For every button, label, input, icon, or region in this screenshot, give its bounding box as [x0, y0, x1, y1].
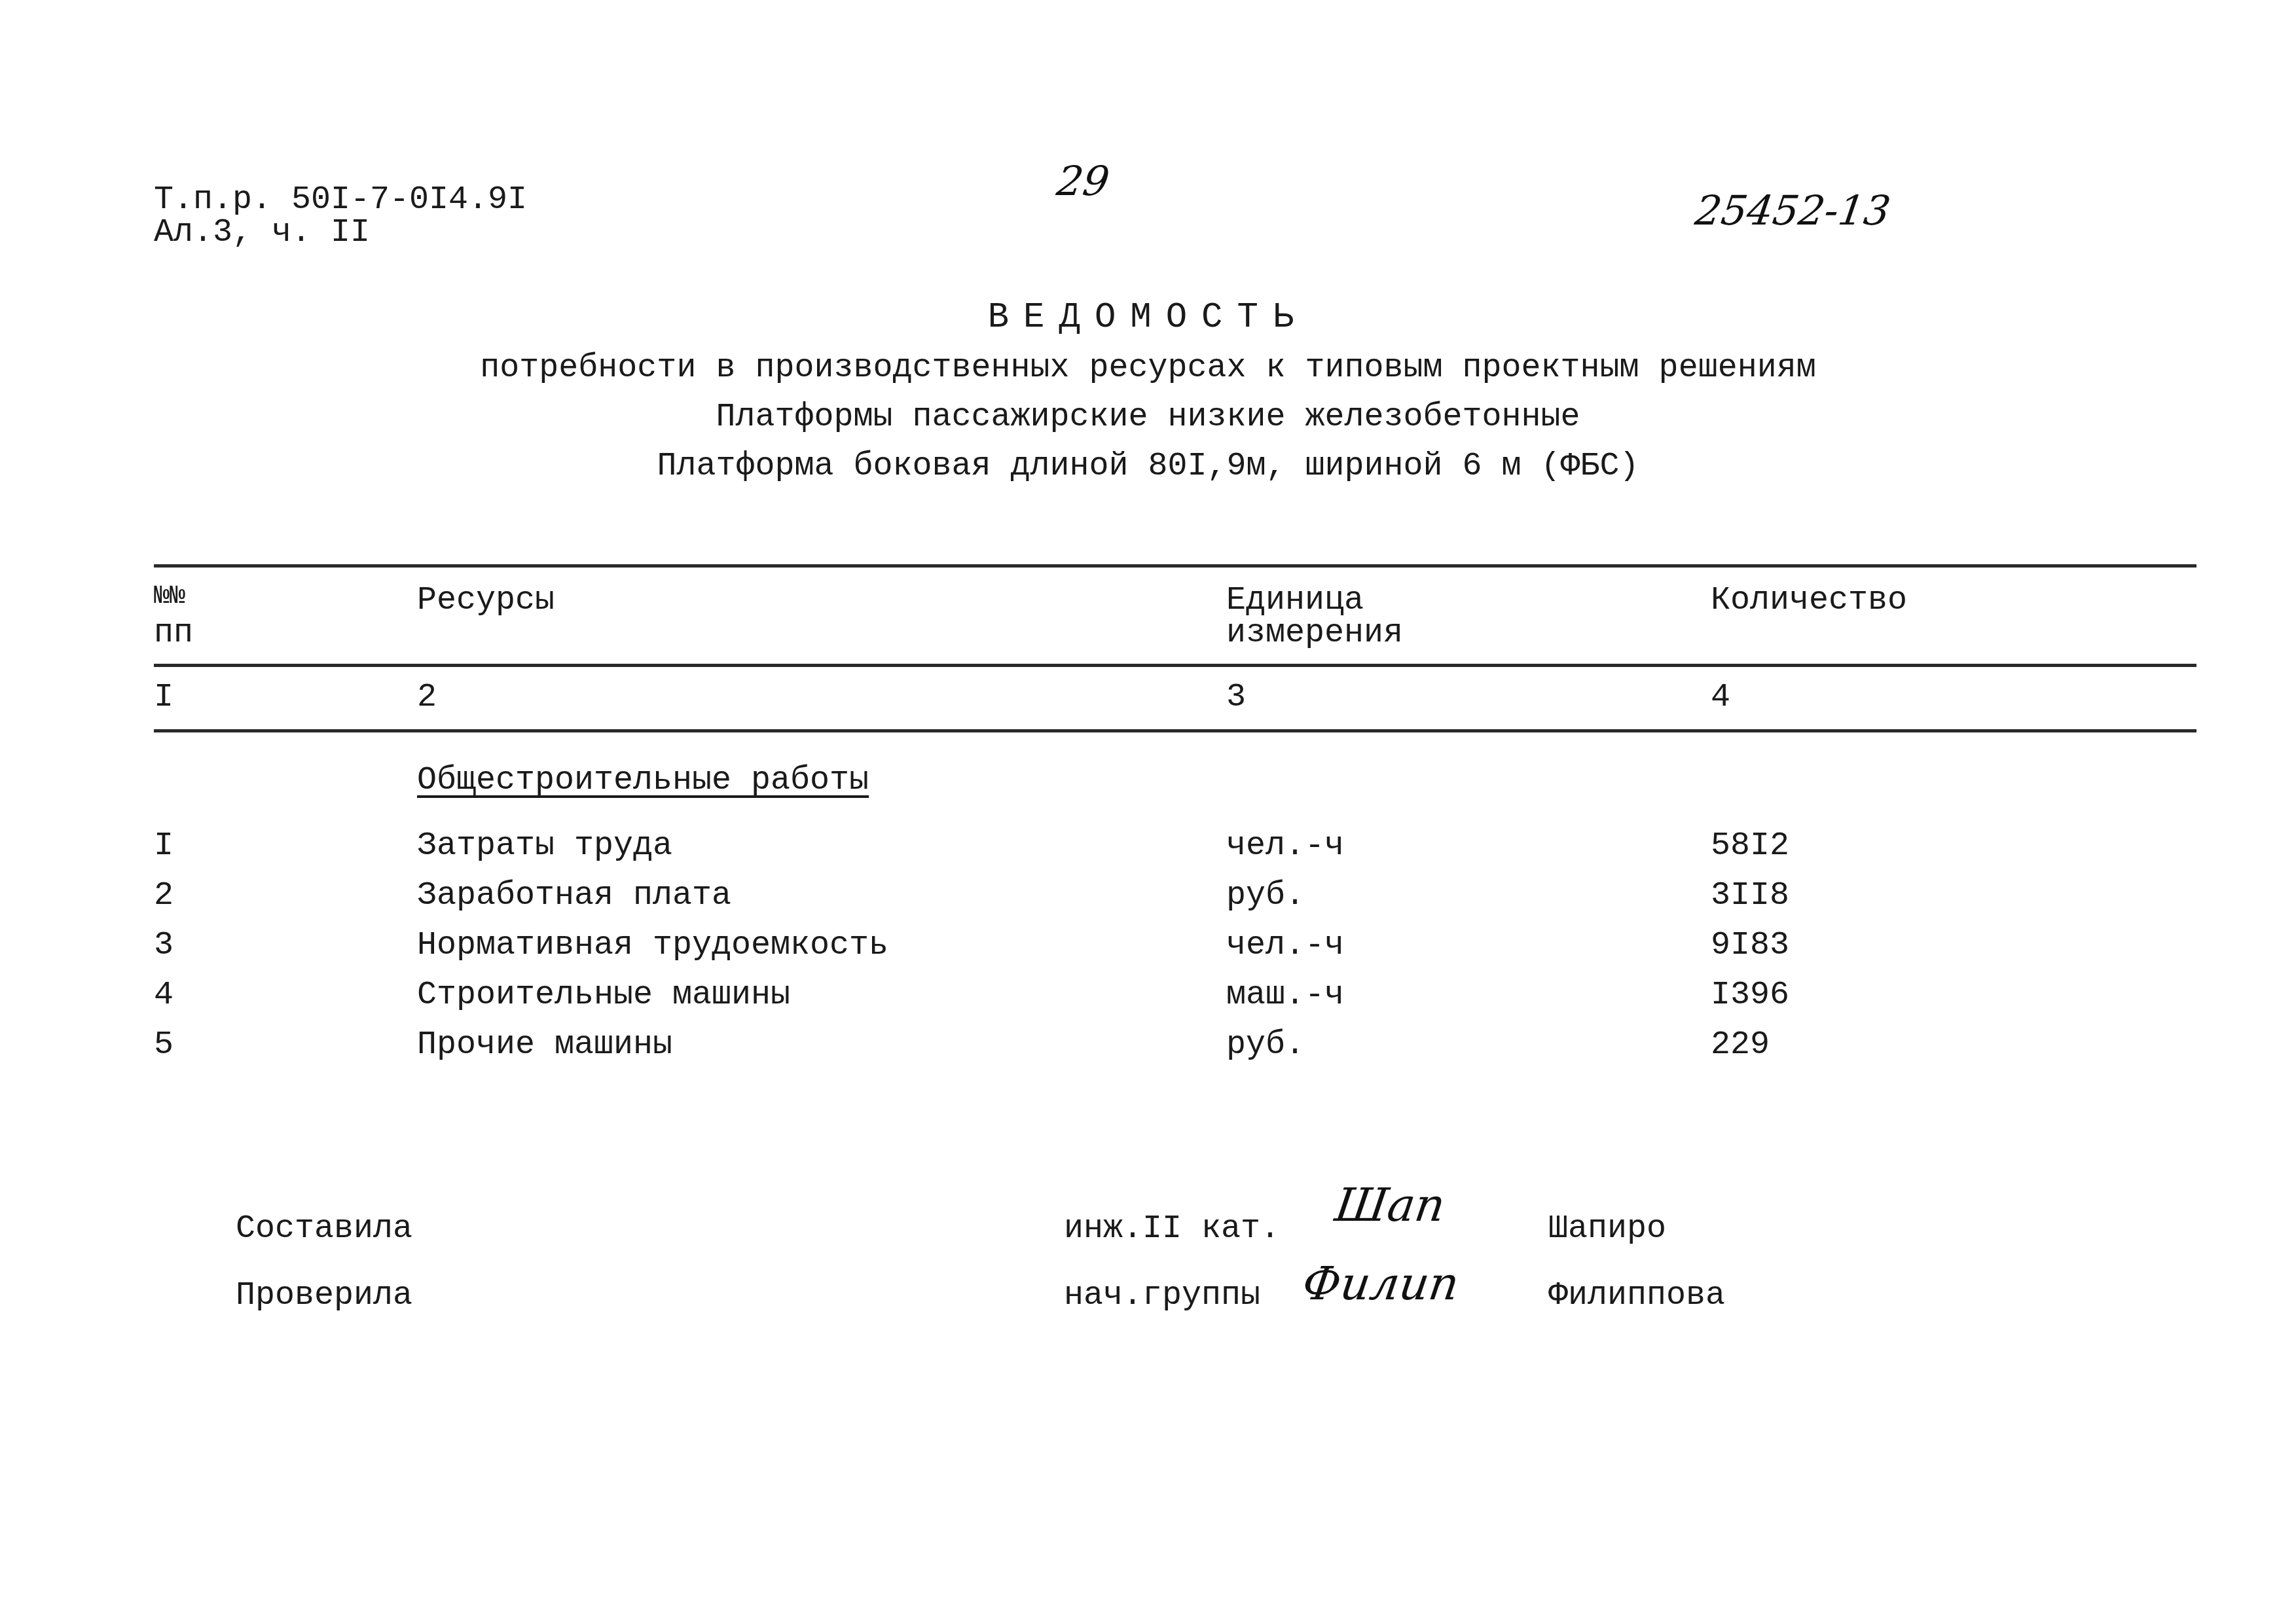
- row-quantity: 229: [1711, 1027, 1770, 1064]
- column-number-2: 2: [417, 679, 437, 716]
- row-quantity: I396: [1711, 977, 1789, 1014]
- document-title: ВЕДОМОСТЬ: [0, 298, 2296, 338]
- column-number-4: 4: [1711, 679, 1730, 716]
- section-title: Общестроительные работы: [417, 763, 869, 799]
- header-resources: Ресурсы: [417, 583, 555, 619]
- row-unit: маш.-ч: [1226, 977, 1344, 1014]
- signature-position: инж.II кат.: [1064, 1211, 1280, 1248]
- row-resource: Нормативная трудоемкость: [417, 928, 888, 964]
- signature-name: Шапиро: [1548, 1211, 1666, 1248]
- row-resource: Заработная плата: [417, 878, 731, 914]
- header-unit-line2: измерения: [1226, 615, 1403, 652]
- row-number: 5: [154, 1027, 173, 1064]
- document-subtitle-1: потребности в производственных ресурсах …: [0, 350, 2296, 387]
- inventory-number: 25452-13: [1692, 187, 1893, 234]
- header-quantity: Количество: [1711, 583, 1907, 619]
- document-album: Ал.3, ч. II: [154, 215, 370, 251]
- header-num-line2: пп: [154, 615, 193, 652]
- handwritten-signature: Филип: [1299, 1257, 1462, 1310]
- row-number: 2: [154, 878, 173, 914]
- page-number: 29: [1054, 157, 1112, 205]
- header-num-line1: №№: [154, 583, 185, 611]
- row-resource: Прочие машины: [417, 1027, 672, 1064]
- row-unit: чел.-ч: [1226, 828, 1344, 865]
- document-subtitle-2: Платформы пассажирские низкие железобето…: [0, 399, 2296, 436]
- row-resource: Затраты труда: [417, 828, 672, 865]
- row-number: 4: [154, 977, 173, 1014]
- row-unit: руб.: [1226, 878, 1305, 914]
- table-numbers-rule: [154, 729, 2196, 732]
- row-quantity: 9I83: [1711, 928, 1789, 964]
- signature-role: Проверила: [236, 1278, 412, 1314]
- row-number: I: [154, 828, 173, 865]
- handwritten-signature: Шап: [1332, 1178, 1448, 1232]
- row-quantity: 3II8: [1711, 878, 1789, 914]
- column-number-3: 3: [1226, 679, 1246, 716]
- row-unit: чел.-ч: [1226, 928, 1344, 964]
- signature-position: нач.группы: [1064, 1278, 1260, 1314]
- row-quantity: 58I2: [1711, 828, 1789, 865]
- document-subtitle-3: Платформа боковая длиной 80I,9м, шириной…: [0, 448, 2296, 485]
- table-top-rule: [154, 564, 2196, 568]
- table-header-rule: [154, 664, 2196, 667]
- signature-name: Филиппова: [1548, 1278, 1725, 1314]
- row-number: 3: [154, 928, 173, 964]
- signature-role: Составила: [236, 1211, 412, 1248]
- column-number-1: I: [154, 679, 173, 716]
- row-unit: руб.: [1226, 1027, 1305, 1064]
- row-resource: Строительные машины: [417, 977, 790, 1014]
- document-code: Т.п.р. 50I-7-0I4.9I: [154, 182, 527, 219]
- header-unit-line1: Единица: [1226, 583, 1364, 619]
